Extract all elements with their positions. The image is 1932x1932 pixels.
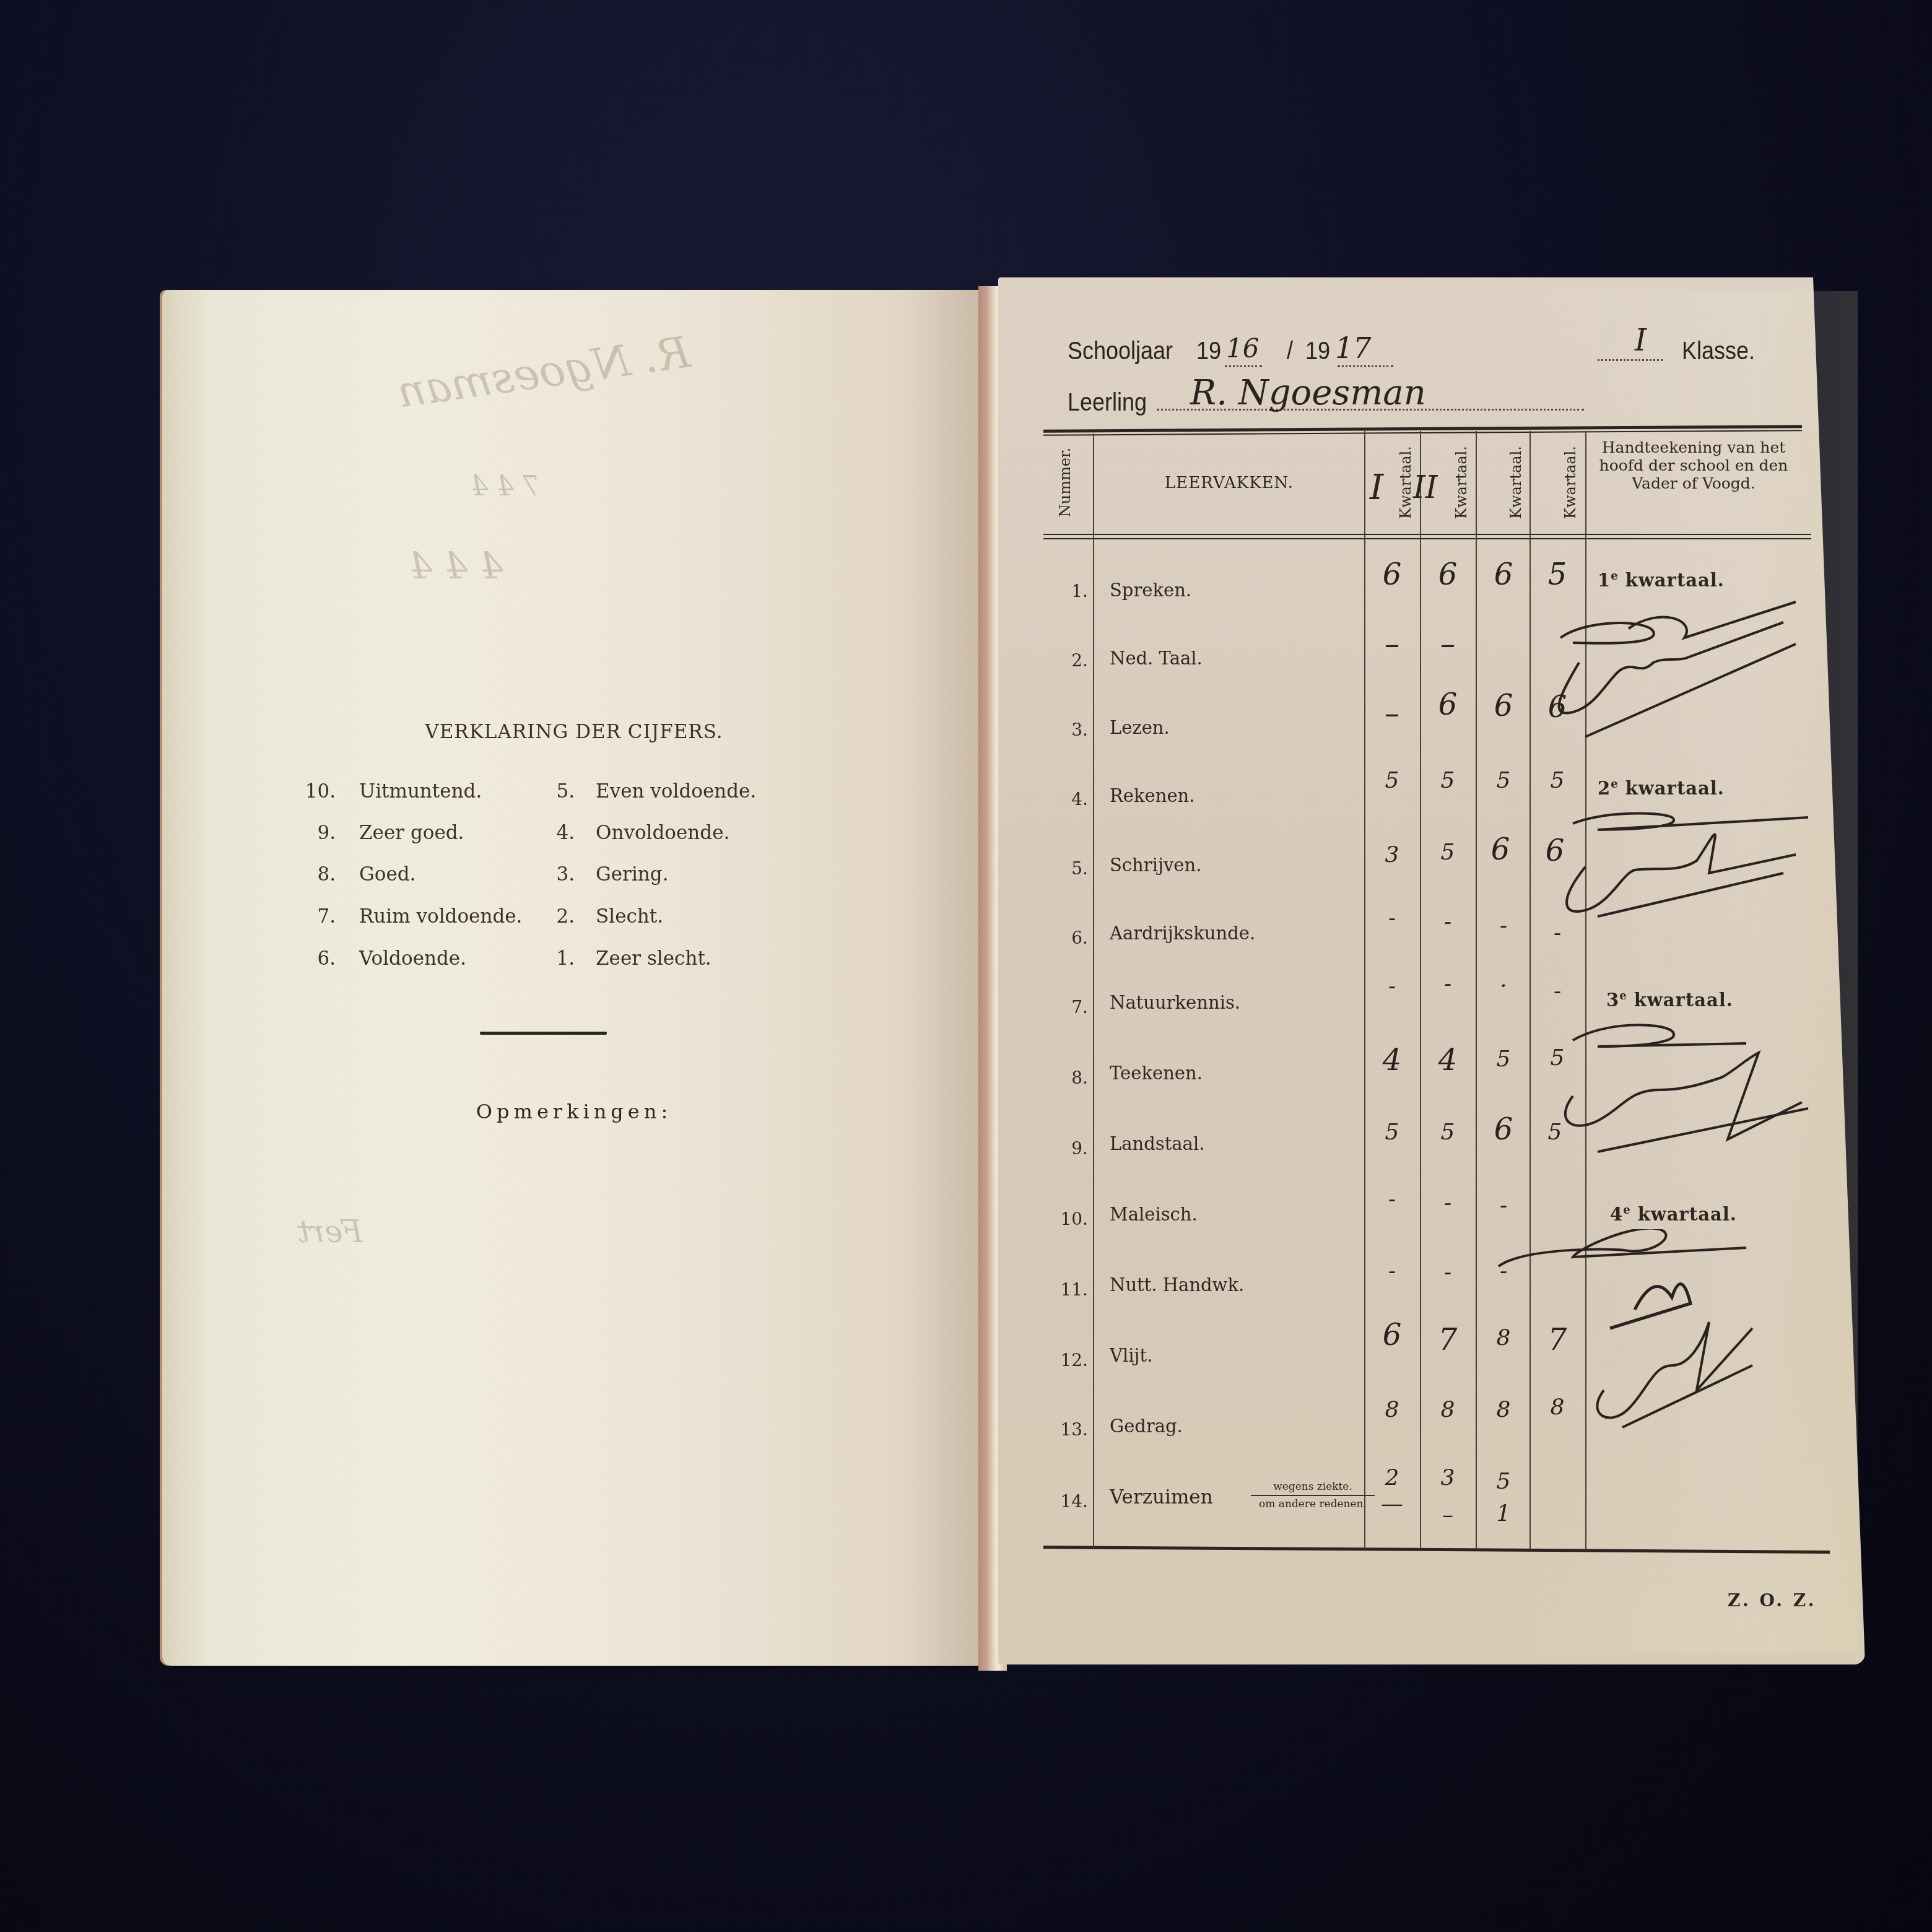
leerling-label: Leerling xyxy=(1068,389,1147,417)
row-number: 10. xyxy=(1043,1209,1088,1229)
grade-q2: 5 xyxy=(1421,768,1474,793)
quarter-1-handwritten: I xyxy=(1370,468,1383,508)
klasse-handwritten: I xyxy=(1635,323,1647,358)
subject: Schrijven. xyxy=(1110,855,1201,876)
grade-q3: · xyxy=(1477,973,1530,999)
quarter-1-header: Kwartaal. xyxy=(1397,439,1414,526)
grade-q1: 6 xyxy=(1365,557,1419,592)
absence-other-q2: – xyxy=(1421,1502,1474,1528)
subject: Verzuimen xyxy=(1110,1486,1213,1508)
legend-number: 3. xyxy=(531,863,575,885)
grade-q1: – xyxy=(1365,696,1419,731)
grade-q1: 6 xyxy=(1365,1318,1419,1352)
year-start-handwritten: 16 xyxy=(1226,333,1259,363)
row-number: 6. xyxy=(1043,928,1088,948)
legend-label: Voldoende. xyxy=(359,947,466,970)
legend-number: 9. xyxy=(292,822,336,844)
grade-q1: - xyxy=(1365,1258,1419,1284)
grade-q1: 8 xyxy=(1365,1397,1419,1422)
subject: Maleisch. xyxy=(1110,1204,1198,1225)
grade-q3: 5 xyxy=(1477,768,1530,793)
grade-q2: - xyxy=(1421,971,1474,996)
absence-other-label: om andere redenen. xyxy=(1251,1497,1375,1511)
grade-q1: 3 xyxy=(1365,842,1419,868)
absence-illness-q3: 5 xyxy=(1477,1469,1530,1494)
year-start-prefix: 19 xyxy=(1196,337,1221,365)
header-bottom-rule xyxy=(1043,534,1811,535)
klasse-label: Klasse. xyxy=(1682,337,1755,365)
header-bottom-rule-thin xyxy=(1043,538,1811,539)
absence-illness-q1: 2 xyxy=(1365,1465,1419,1490)
quarter-1-sign-label: 1e kwartaal. xyxy=(1598,570,1725,591)
subject: Nutt. Handwk. xyxy=(1110,1274,1244,1295)
grade-q1: 5 xyxy=(1365,1120,1419,1145)
row-number: 3. xyxy=(1043,720,1088,740)
klasse-dots xyxy=(1598,359,1663,361)
quarter-3-header: Kwartaal. xyxy=(1507,439,1525,526)
subject: Lezen. xyxy=(1110,717,1170,738)
row-number: 8. xyxy=(1043,1068,1088,1088)
zoz-footer: Z. O. Z. xyxy=(1728,1590,1816,1611)
subject: Ned. Taal. xyxy=(1110,648,1203,669)
year-separator: / xyxy=(1287,337,1293,365)
absence-other-q3: 1 xyxy=(1477,1501,1530,1526)
row-number: 12. xyxy=(1043,1350,1088,1370)
signature-quarter-3 xyxy=(1536,1016,1821,1177)
row-number: 11. xyxy=(1043,1279,1088,1300)
legend-label: Slecht. xyxy=(596,905,663,928)
row-number: 9. xyxy=(1043,1138,1088,1159)
subject: Natuurkennis. xyxy=(1110,992,1240,1013)
legend-label: Gering. xyxy=(596,863,669,885)
grade-q4: 5 xyxy=(1531,768,1584,793)
legend-label: Goed. xyxy=(359,863,416,885)
legend-title: VERKLARING DER CIJFERS. xyxy=(162,721,986,743)
legend-label: Uitmuntend. xyxy=(359,780,482,803)
subject: Teekenen. xyxy=(1110,1063,1203,1084)
absence-other-q1: — xyxy=(1365,1491,1419,1516)
row-number: 7. xyxy=(1043,997,1088,1017)
grade-q4: 5 xyxy=(1531,557,1584,592)
bleed-through-writing: 7 4 4 xyxy=(471,471,540,502)
grade-q2: 6 xyxy=(1421,687,1474,722)
quarter-2-sign-label: 2e kwartaal. xyxy=(1598,778,1725,799)
signature-header: Handteekening van het hoofd der school e… xyxy=(1588,438,1799,492)
legend-label: Ruim voldoende. xyxy=(359,905,522,928)
row-number: 14. xyxy=(1043,1491,1088,1512)
grade-q3: 6 xyxy=(1477,689,1530,723)
grade-q3: 6 xyxy=(1477,557,1530,592)
row-number: 5. xyxy=(1043,858,1088,879)
fraction-line xyxy=(1251,1495,1375,1496)
remarks-label: Opmerkingen: xyxy=(162,1100,986,1123)
signature-quarter-4 xyxy=(1486,1229,1808,1440)
legend-number: 1. xyxy=(531,947,575,970)
absence-illness-q2: 3 xyxy=(1421,1465,1474,1490)
legend-number: 10. xyxy=(292,780,336,803)
nummer-header: Nummer. xyxy=(1056,445,1074,520)
legend-label: Even voldoende. xyxy=(596,780,756,803)
subject: Aardrijkskunde. xyxy=(1110,923,1255,944)
row-number: 13. xyxy=(1043,1419,1088,1440)
legend-label: Zeer goed. xyxy=(359,822,464,844)
row-number: 2. xyxy=(1043,650,1088,671)
quarter-2-header: Kwartaal. xyxy=(1453,439,1470,526)
legend-number: 2. xyxy=(531,905,575,928)
legend-number: 5. xyxy=(531,780,575,803)
absence-illness-label: wegens ziekte. xyxy=(1251,1480,1375,1494)
grade-q1: 5 xyxy=(1365,768,1419,793)
quarter-2-handwritten: II xyxy=(1413,469,1438,505)
grade-q1: - xyxy=(1365,973,1419,999)
year-start-dots xyxy=(1225,365,1262,367)
grade-q2: - xyxy=(1421,1190,1474,1216)
quarter-4-header: Kwartaal. xyxy=(1562,439,1579,526)
grade-q1: 4 xyxy=(1365,1043,1419,1077)
left-page xyxy=(162,290,986,1666)
quarter-3-sign-label: 3e kwartaal. xyxy=(1606,990,1733,1011)
schooljaar-label: Schooljaar xyxy=(1068,337,1173,365)
row-number: 4. xyxy=(1043,789,1088,809)
grade-q2: – xyxy=(1421,627,1474,661)
subject: Spreken. xyxy=(1110,580,1191,601)
year-end-prefix: 19 xyxy=(1305,337,1330,365)
legend-divider xyxy=(480,1032,607,1035)
leervakken-header: LEERVAKKEN. xyxy=(1093,474,1365,492)
legend-number: 6. xyxy=(292,947,336,970)
grade-q2: 7 xyxy=(1421,1323,1474,1357)
grade-q2: 5 xyxy=(1421,1120,1474,1145)
row-number: 1. xyxy=(1043,581,1088,601)
grade-q2: - xyxy=(1421,909,1474,934)
grade-q3: 5 xyxy=(1477,1046,1530,1072)
grade-q2: 5 xyxy=(1421,840,1474,865)
grade-q3: 6 xyxy=(1474,832,1527,867)
grade-q2: 8 xyxy=(1421,1397,1474,1422)
year-end-handwritten: 17 xyxy=(1335,331,1372,365)
subject: Gedrag. xyxy=(1110,1416,1183,1437)
legend-number: 7. xyxy=(292,905,336,928)
grade-q1: - xyxy=(1365,905,1419,931)
grade-q3: - xyxy=(1477,1193,1530,1218)
grade-q1: - xyxy=(1365,1186,1419,1212)
subject: Vlijt. xyxy=(1110,1345,1152,1366)
bleed-through-writing: Fert xyxy=(297,1214,363,1250)
legend-label: Zeer slecht. xyxy=(596,947,711,970)
grade-q2: 6 xyxy=(1421,557,1474,592)
bleed-through-writing: 4 4 4 xyxy=(409,545,503,588)
grade-q1: – xyxy=(1365,627,1419,661)
signature-quarter-1 xyxy=(1536,594,1808,755)
quarter-4-sign-label: 4e kwartaal. xyxy=(1610,1204,1737,1225)
legend-number: 4. xyxy=(531,822,575,844)
leerling-handwritten: R. Ngoesman xyxy=(1190,373,1426,413)
grade-q2: 4 xyxy=(1421,1043,1474,1077)
grade-q2: - xyxy=(1421,1260,1474,1285)
subject: Rekenen. xyxy=(1110,785,1194,806)
column-line xyxy=(1093,433,1094,1548)
legend-label: Onvoldoende. xyxy=(596,822,729,844)
year-end-dots xyxy=(1338,365,1393,367)
grade-q3: 6 xyxy=(1477,1112,1530,1147)
signature-quarter-2 xyxy=(1536,799,1821,935)
subject: Landstaal. xyxy=(1110,1133,1204,1154)
absence-reasons: wegens ziekte. om andere redenen. xyxy=(1251,1480,1375,1511)
legend-number: 8. xyxy=(292,863,336,885)
grade-q3: - xyxy=(1477,913,1530,938)
grade-q4: - xyxy=(1531,978,1584,1004)
